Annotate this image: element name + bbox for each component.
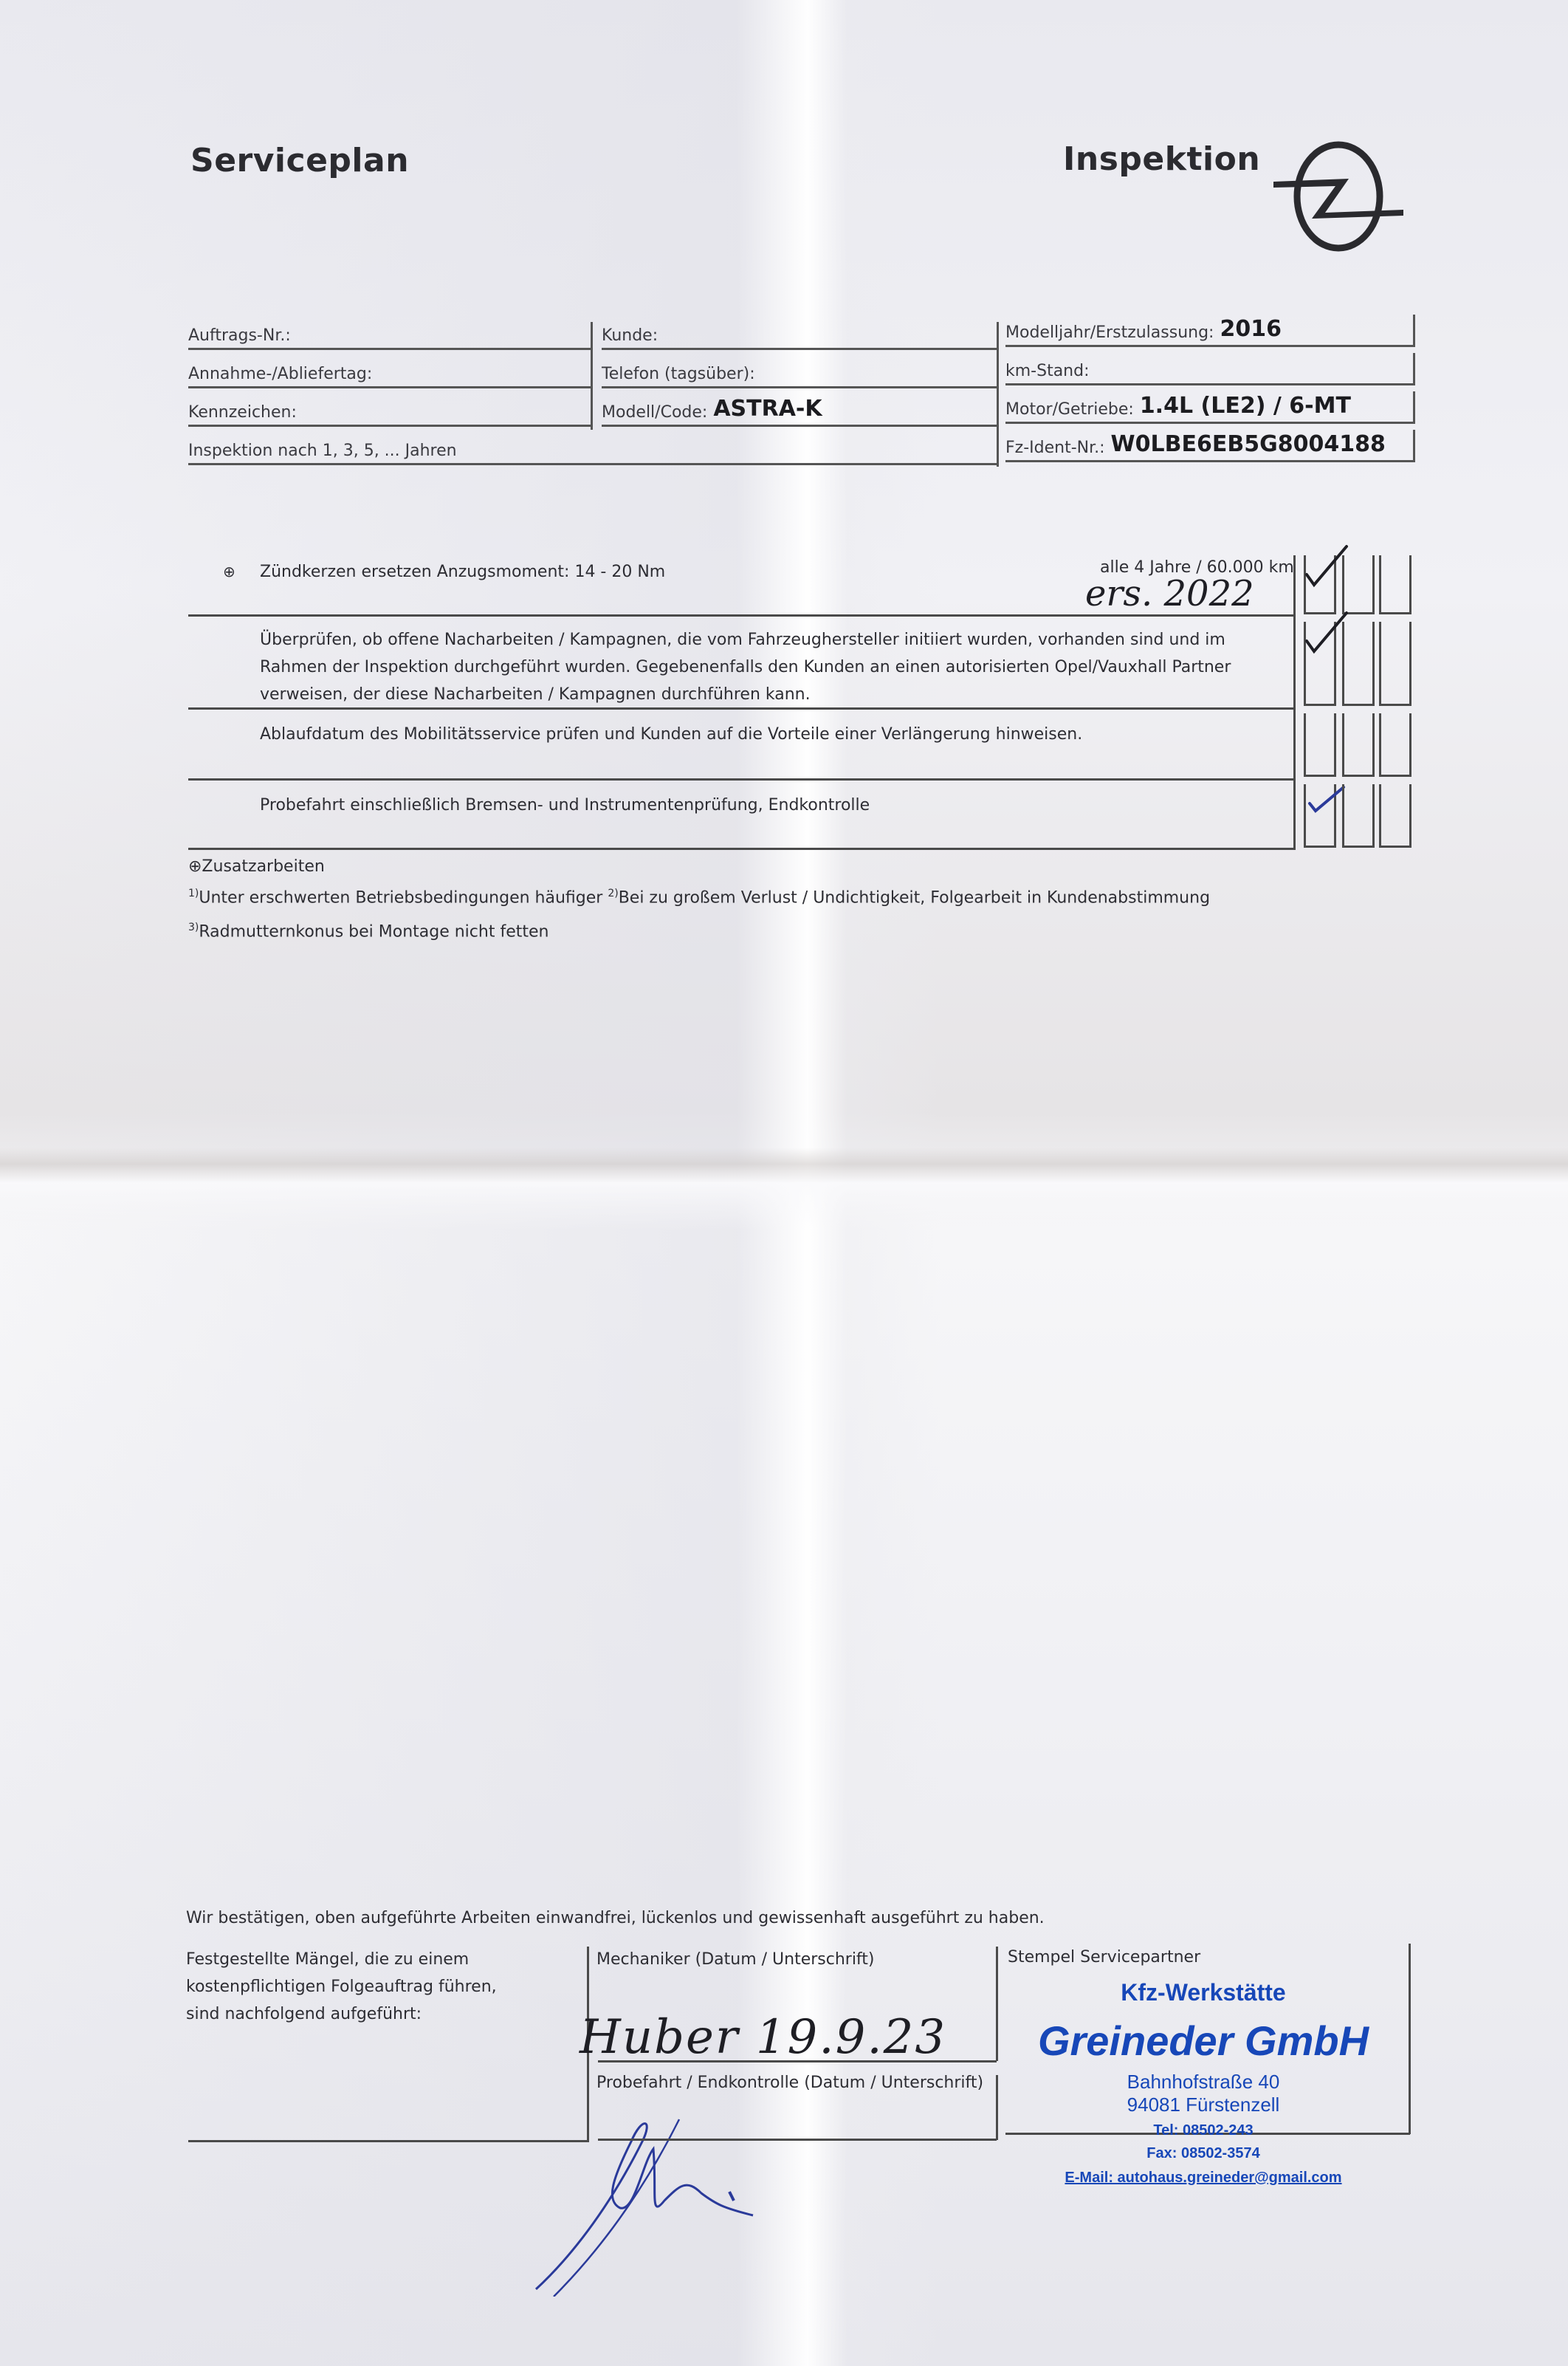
task-divider [188,778,1296,781]
stamp-line1: Kfz-Werkstätte [1011,1979,1395,2006]
task-text: Probefahrt einschließlich Bremsen- und I… [260,792,1286,819]
task-checkbox[interactable] [1379,555,1411,614]
stamp-email: E-Mail: autohaus.greineder@gmail.com [1011,2170,1395,2187]
fz-ident-value: W0LBE6EB5G8004188 [1111,431,1386,457]
footnote-3: Radmutternkonus bei Montage nicht fetten [199,923,549,942]
task-column-border [1293,555,1296,848]
fz-ident-label: Fz-Ident-Nr.: [1005,439,1105,457]
task-text: Ablaufdatum des Mobilitätsservice prüfen… [260,721,1286,748]
task-divider [188,707,1296,710]
stamp-tel: Tel: 08502-243 [1011,2122,1395,2139]
field-separator [997,322,999,467]
maengel-box-bottom [188,2140,587,2142]
stamp-street: Bahnhofstraße 40 [1011,2071,1395,2094]
task-checkbox[interactable] [1342,713,1375,777]
task-checkbox[interactable] [1342,784,1375,848]
document-title: Serviceplan [190,142,409,179]
footnote-1-mark: 1) [188,888,199,899]
task-text: Überprüfen, ob offene Nacharbeiten / Kam… [260,626,1286,708]
opel-blitz-logo-icon [1266,139,1406,257]
task-divider [188,614,1296,617]
task-checkbox[interactable] [1342,555,1375,614]
mechaniker-label: Mechaniker (Datum / Unterschrift) [596,1946,875,1973]
task-checkbox[interactable] [1379,713,1411,777]
maengel-label: Festgestellte Mängel, die zu einem koste… [186,1946,533,2028]
modelljahr-value: 2016 [1220,316,1282,342]
stamp-fax: Fax: 08502-3574 [1011,2145,1395,2162]
task-checkbox[interactable] [1379,784,1411,848]
stamp-city: 94081 Fürstenzell [1011,2094,1395,2116]
modell-label: Modell/Code: [602,403,707,422]
inspektion-nach-label: Inspektion nach 1, 3, 5, ... Jahren [188,442,457,460]
task-checkbox[interactable] [1342,622,1375,706]
mechaniker-box-right [996,1947,998,2061]
annahme-field[interactable]: Annahme-/Abliefertag: [188,356,593,388]
footnote-2-mark: 2) [608,888,618,899]
kunde-field[interactable]: Kunde: [602,318,997,350]
task-text: Zündkerzen ersetzen Anzugsmoment: 14 - 2… [260,558,924,586]
probefahrt-box-right [996,2075,998,2140]
motor-value: 1.4L (LE2) / 6-MT [1140,393,1351,419]
task-checkbox[interactable] [1304,713,1336,777]
mechaniker-signature[interactable]: Huber 19.9.23 [580,2010,946,2065]
zusatzarbeiten-note: ⊕Zusatzarbeiten [188,852,325,882]
modell-field[interactable]: Modell/Code: ASTRA-K [602,394,997,427]
document-subtitle: Inspektion [1063,140,1260,178]
kennzeichen-label: Kennzeichen: [188,403,297,422]
kennzeichen-field[interactable]: Kennzeichen: [188,394,593,427]
inspektion-nach-field[interactable]: Inspektion nach 1, 3, 5, ... Jahren [188,433,997,465]
modell-value: ASTRA-K [713,396,822,422]
motor-label: Motor/Getriebe: [1005,400,1134,419]
task-marker-icon: ⊕ [223,558,235,586]
motor-field[interactable]: Motor/Getriebe: 1.4L (LE2) / 6-MT [1005,391,1415,424]
auftrags-nr-field[interactable]: Auftrags-Nr.: [188,318,593,350]
confirmation-statement: Wir bestätigen, oben aufgeführte Arbeite… [186,1909,1045,1927]
footnote-1: Unter erschwerten Betriebsbedingungen hä… [199,888,602,907]
kunde-label: Kunde: [602,326,658,345]
mechaniker-box-bottom [598,2060,997,2062]
stamp-company: Greineder GmbH [1011,2017,1395,2065]
km-stand-label: km-Stand: [1005,362,1090,380]
km-stand-field[interactable]: km-Stand: [1005,353,1415,385]
fz-ident-field[interactable]: Fz-Ident-Nr.: W0LBE6EB5G8004188 [1005,430,1415,462]
task-handwritten-note: ers. 2022 [1085,573,1254,614]
probefahrt-box-bottom [598,2139,997,2141]
task-checkbox[interactable] [1379,622,1411,706]
telefon-label: Telefon (tagsüber): [602,365,755,383]
telefon-field[interactable]: Telefon (tagsüber): [602,356,997,388]
footnotes: 1)Unter erschwerten Betriebsbedingungen … [188,879,1369,947]
stempel-label: Stempel Servicepartner [1008,1944,1200,1971]
auftrags-nr-label: Auftrags-Nr.: [188,326,291,345]
modelljahr-field[interactable]: Modelljahr/Erstzulassung: 2016 [1005,315,1415,347]
probefahrt-signature[interactable] [532,2090,842,2297]
footnote-3-mark: 3) [188,922,199,933]
dealer-stamp: Kfz-Werkstätte Greineder GmbH Bahnhofstr… [1011,1979,1395,2187]
task-divider [188,848,1296,850]
annahme-label: Annahme-/Abliefertag: [188,365,372,383]
field-separator [591,322,593,430]
footnote-2: Bei zu großem Verlust / Undichtigkeit, F… [619,888,1210,907]
modelljahr-label: Modelljahr/Erstzulassung: [1005,323,1214,342]
stempel-box-right [1409,1944,1411,2134]
